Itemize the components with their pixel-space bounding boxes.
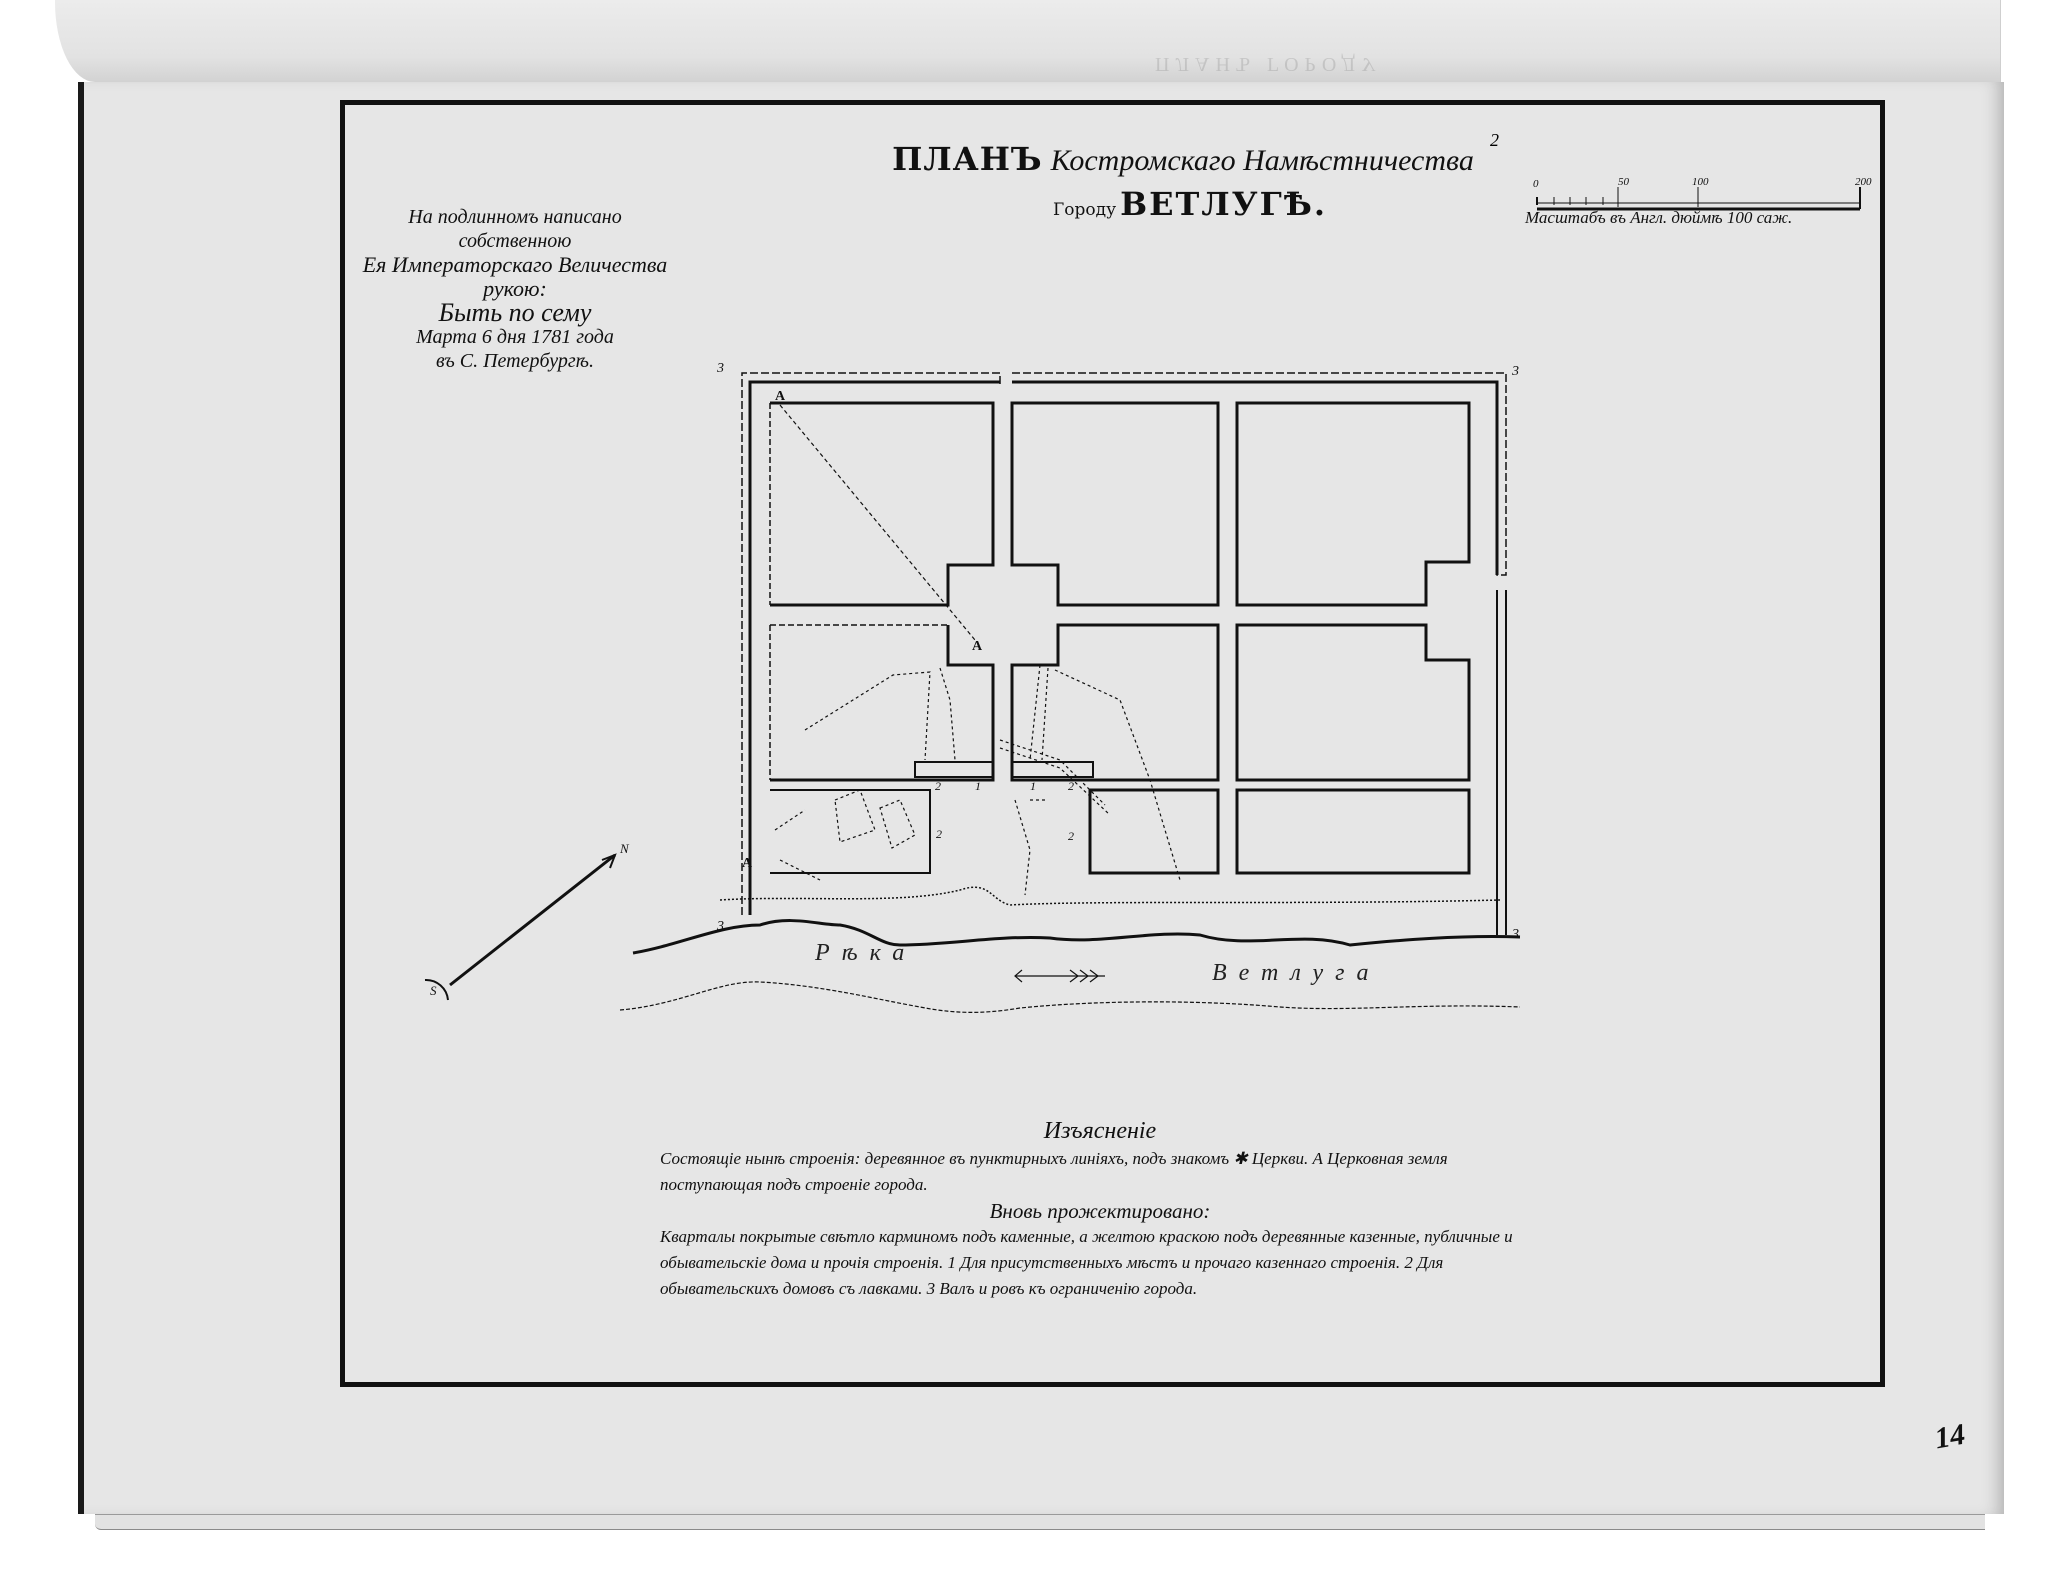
block-number-label: 2 bbox=[1068, 829, 1074, 843]
compass-north-label: N bbox=[619, 841, 630, 856]
city-block bbox=[1237, 403, 1469, 605]
river-bank-north bbox=[633, 921, 1520, 953]
city-block bbox=[1090, 790, 1218, 873]
rampart-label: 3 bbox=[716, 919, 724, 934]
church-land-marker: A bbox=[775, 389, 786, 404]
legend-subheading: Вновь прожектировано: bbox=[660, 1198, 1540, 1224]
trading-rows bbox=[915, 762, 1093, 777]
city-block bbox=[770, 403, 993, 640]
old-boundary-dotted bbox=[720, 887, 1500, 905]
church-land-marker: A bbox=[742, 856, 753, 871]
town-plan-drawing: 3 3 3 3 A A A 1 1 2 2 2 2 N S bbox=[0, 0, 2048, 1585]
legend-heading: Изъясненіе bbox=[660, 1118, 1540, 1144]
city-block bbox=[1237, 625, 1469, 780]
block-number-label: 1 bbox=[975, 779, 981, 793]
legend-projected-text: Кварталы покрытые свѣтло карминомъ подъ … bbox=[660, 1224, 1540, 1302]
city-block bbox=[770, 790, 930, 873]
city-block bbox=[1012, 625, 1218, 780]
city-block bbox=[1237, 790, 1469, 873]
river-bank-south bbox=[620, 982, 1520, 1012]
city-block bbox=[770, 625, 993, 780]
block-number-label: 1 bbox=[1030, 779, 1036, 793]
legend-existing-text: Состоящіе нынѣ строенія: деревянное въ п… bbox=[660, 1146, 1540, 1198]
river-flow-arrow-icon bbox=[1015, 970, 1105, 982]
compass-south-label: S bbox=[430, 983, 437, 998]
rampart-label: 3 bbox=[716, 361, 724, 376]
compass-needle-icon bbox=[425, 855, 615, 1000]
river-name-part1: Рѣка bbox=[815, 940, 916, 967]
block-number-label: 2 bbox=[936, 827, 942, 841]
rampart-label: 3 bbox=[1511, 927, 1519, 942]
rampart-label: 3 bbox=[1511, 364, 1519, 379]
town-rampart bbox=[742, 373, 1506, 935]
page-number: 14 bbox=[1932, 1418, 1967, 1457]
block-number-label: 2 bbox=[1068, 779, 1074, 793]
church-land-marker: A bbox=[972, 639, 983, 654]
river-name-part2: Ветлуга bbox=[1212, 960, 1381, 987]
city-block bbox=[1012, 403, 1218, 605]
block-number-label: 2 bbox=[935, 779, 941, 793]
map-legend: Изъясненіе Состоящіе нынѣ строенія: дере… bbox=[660, 1118, 1540, 1302]
